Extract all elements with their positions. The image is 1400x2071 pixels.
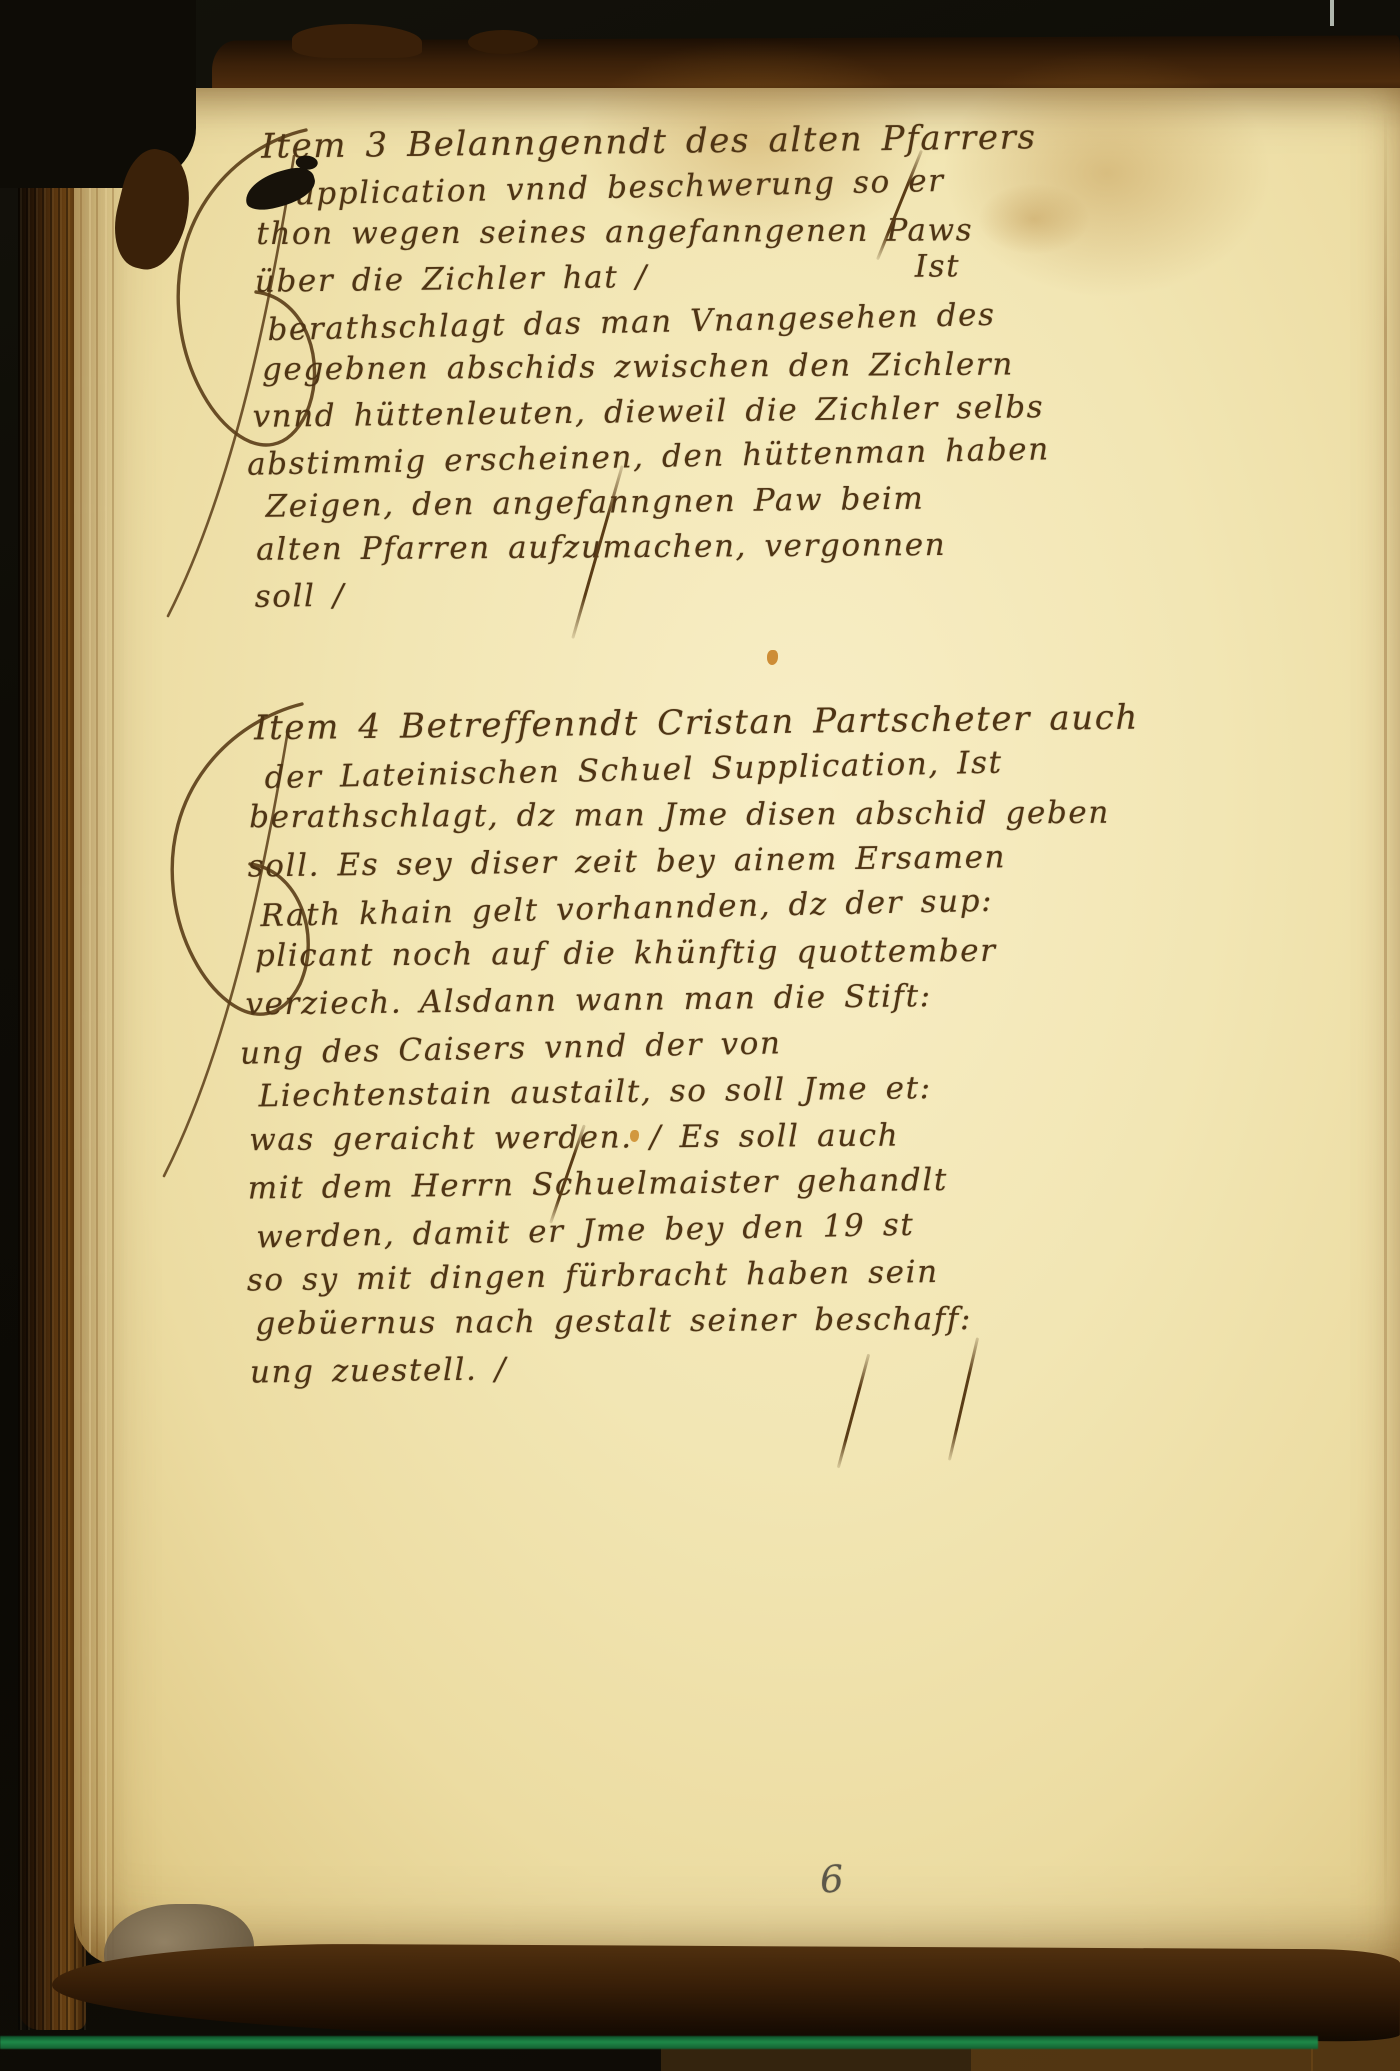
- book-top-edge: [468, 30, 538, 54]
- book-bottom-edge: [52, 1942, 1400, 2041]
- manuscript-line: plicant noch auf die khünftig quottember: [255, 927, 1142, 979]
- manuscript-line: alten Pfarren aufzumachen, vergonnen: [256, 522, 1051, 573]
- manuscript-hanging-word: Ist: [915, 248, 961, 285]
- green-strip: [0, 2036, 1318, 2049]
- manuscript-scan: Item 3 Belanngenndt des alten Pfarrers S…: [0, 0, 1400, 2071]
- paragraph-item-4: Item 4 Betreffenndt Cristan Partscheter …: [242, 695, 1147, 1396]
- manuscript-line: gegebnen abschids zwischen den Zichlern: [262, 342, 1049, 392]
- paragraph-item-3: Item 3 Belanngenndt des alten Pfarrers S…: [249, 115, 1052, 620]
- paper-speck: [767, 650, 778, 665]
- page-number: 6: [819, 1857, 845, 1902]
- manuscript-line: berathschlagt, dz man Jme disen abschid …: [249, 790, 1140, 841]
- book-top-edge: [292, 24, 422, 58]
- page-crease: [1384, 110, 1387, 1920]
- scan-highlight: [1330, 0, 1334, 26]
- manuscript-line: gebüernus nach gestalt seiner beschaff:: [255, 1295, 1146, 1347]
- manuscript-line: was geraicht werden. / Es soll auch: [249, 1111, 1144, 1163]
